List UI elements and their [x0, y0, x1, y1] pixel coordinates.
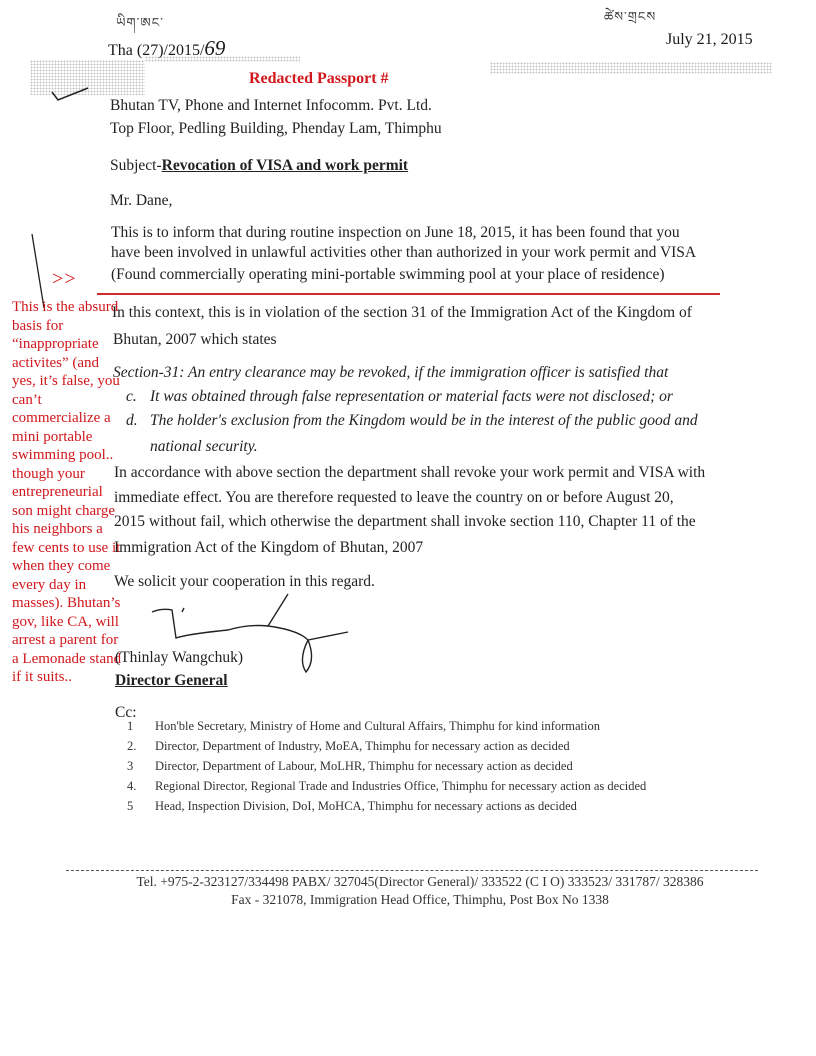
cc-item: 2.Director, Department of Industry, MoEA…	[127, 736, 646, 756]
redaction-noise-right	[490, 62, 772, 74]
cc-item-number: 1	[127, 716, 155, 736]
paragraph-1-line-1: This is to inform that during routine in…	[111, 222, 680, 244]
redaction-noise-strip	[145, 56, 300, 62]
item-d-marker: d.	[126, 410, 150, 432]
item-c-marker: c.	[126, 386, 150, 408]
cc-item: 3Director, Department of Labour, MoLHR, …	[127, 756, 646, 776]
paragraph-3-line-4: Immigration Act of the Kingdom of Bhutan…	[114, 537, 423, 559]
paragraph-1-line-2: have been involved in unlawful activitie…	[111, 242, 696, 264]
cc-item-text: Regional Director, Regional Trade and In…	[155, 779, 646, 793]
recipient-line-2: Top Floor, Pedling Building, Phenday Lam…	[110, 118, 442, 140]
annotation-arrow: >>	[52, 268, 77, 291]
paragraph-1-line-3: (Found commercially operating mini-porta…	[111, 264, 665, 286]
cc-item-number: 5	[127, 796, 155, 816]
paragraph-2-line-1: In this context, this is in violation of…	[112, 302, 692, 324]
tibetan-date-label: ཚེས་གྲངས	[604, 2, 656, 39]
cc-item-text: Director, Department of Industry, MoEA, …	[155, 739, 570, 753]
cc-item: 4.Regional Director, Regional Trade and …	[127, 776, 646, 796]
section-31-continuation: national security.	[150, 436, 258, 458]
footer-phone: Tel. +975-2-323127/334498 PABX/ 327045(D…	[60, 874, 780, 890]
item-d-text: The holder's exclusion from the Kingdom …	[150, 412, 698, 429]
paragraph-2-line-2: Bhutan, 2007 which states	[113, 329, 277, 351]
cc-item-text: Director, Department of Labour, MoLHR, T…	[155, 759, 573, 773]
recipient-line-1: Bhutan TV, Phone and Internet Infocomm. …	[110, 95, 432, 117]
annotation-note: This is the absurd basis for “inappropri…	[12, 298, 124, 687]
cc-item: 1Hon'ble Secretary, Ministry of Home and…	[127, 716, 646, 736]
section-31-intro: Section-31: An entry clearance may be re…	[113, 362, 668, 384]
cc-item-text: Head, Inspection Division, DoI, MoHCA, T…	[155, 799, 577, 813]
subject-line: Subject-Revocation of VISA and work perm…	[110, 155, 408, 177]
signatory-title: Director General	[115, 670, 228, 692]
cc-item-number: 2.	[127, 736, 155, 756]
letter-date: July 21, 2015	[666, 31, 753, 49]
section-31-item-c: c.It was obtained through false represen…	[126, 386, 673, 408]
annotation-underline	[97, 293, 720, 295]
cc-item-number: 4.	[127, 776, 155, 796]
cc-item-text: Hon'ble Secretary, Ministry of Home and …	[155, 719, 600, 733]
footer-divider	[66, 870, 758, 871]
paragraph-3-line-3: 2015 without fail, which otherwise the d…	[114, 511, 696, 533]
section-31-item-d: d.The holder's exclusion from the Kingdo…	[126, 410, 698, 432]
cc-item: 5Head, Inspection Division, DoI, MoHCA, …	[127, 796, 646, 816]
cc-item-number: 3	[127, 756, 155, 776]
check-mark-icon	[48, 84, 98, 104]
signatory-name: (Thinlay Wangchuk)	[115, 647, 243, 669]
paragraph-3-line-2: immediate effect. You are therefore requ…	[114, 487, 674, 509]
redaction-label: Redacted Passport #	[249, 70, 389, 88]
paragraph-3-line-1: In accordance with above section the dep…	[114, 462, 705, 484]
item-c-text: It was obtained through false representa…	[150, 388, 673, 405]
subject-title: Revocation of VISA and work permit	[162, 157, 408, 174]
salutation: Mr. Dane,	[110, 190, 172, 212]
footer-fax: Fax - 321078, Immigration Head Office, T…	[60, 892, 780, 908]
cc-list: 1Hon'ble Secretary, Ministry of Home and…	[127, 716, 646, 816]
subject-label: Subject-	[110, 157, 162, 174]
